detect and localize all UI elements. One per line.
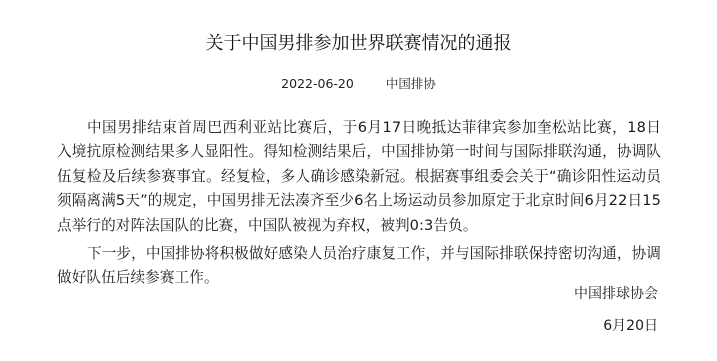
- signature-block: 中国排球协会 6月20日: [574, 284, 658, 336]
- article-title: 关于中国男排参加世界联赛情况的通报: [0, 32, 717, 56]
- paragraph: 中国男排结束首周巴西利亚站比赛后，于6月17日晚抵达菲律宾参加奎松站比赛，18日…: [57, 116, 661, 238]
- publish-date: 2022-06-20: [281, 76, 354, 91]
- article-meta: 2022-06-20 中国排协: [0, 76, 717, 92]
- article-source: 中国排协: [386, 76, 436, 91]
- paragraph: 下一步，中国排协将积极做好感染人员治疗康复工作，并与国际排联保持密切沟通，协调做…: [57, 242, 661, 291]
- signature-organization: 中国排球协会: [574, 284, 658, 304]
- signature-date: 6月20日: [574, 316, 658, 336]
- article-body: 中国男排结束首周巴西利亚站比赛后，于6月17日晚抵达菲律宾参加奎松站比赛，18日…: [57, 116, 661, 295]
